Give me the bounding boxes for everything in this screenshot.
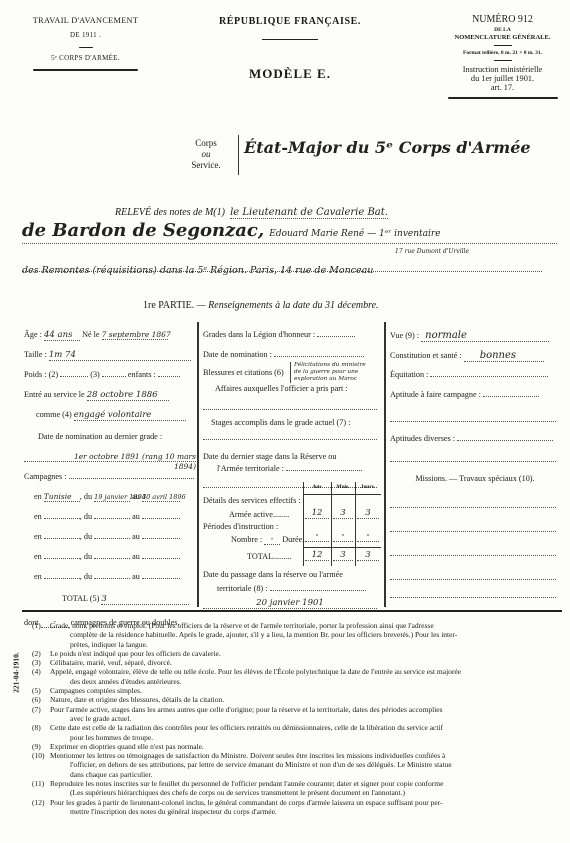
- missions-line[interactable]: [390, 532, 556, 556]
- blessures-row: Blessures et citations (6) Félicitations…: [203, 368, 381, 384]
- header-left: TRAVAIL D'AVANCEMENT DE 1911 . 5ᵉ CORPS …: [28, 16, 143, 71]
- footnote-text: Campagnes comptées simples.: [50, 686, 142, 695]
- equitation-row: Équitation :: [390, 370, 560, 390]
- aptitudes-diverses-field-2[interactable]: [390, 450, 556, 462]
- section-bottom-rule: [22, 610, 562, 612]
- campaign-row: en , du au: [34, 552, 196, 572]
- total-mois[interactable]: 3: [333, 550, 353, 561]
- footnote-text: dans chaque cas particulier.: [32, 770, 562, 779]
- aptitude-field-2[interactable]: [390, 410, 556, 422]
- campaign-du: , du: [80, 532, 92, 541]
- missions-line[interactable]: [390, 580, 556, 598]
- campaign-du: , du: [80, 572, 92, 581]
- campaign-to-field[interactable]: [142, 578, 180, 579]
- height-field[interactable]: 1m 74: [49, 350, 191, 361]
- periodes-jours[interactable]: ": [357, 534, 379, 542]
- campaign-au: au: [132, 512, 140, 521]
- passage-block: Date du passage dans la réserve ou l'arm…: [203, 570, 381, 609]
- footnote-text: prètes, indiquer la langue.: [32, 640, 562, 649]
- footnote-text: Pour l'armée active, stages dans les arm…: [50, 705, 443, 714]
- legion-label: Grades dans la Légion d'honneur :: [203, 330, 315, 339]
- footnote-text: des deux années d'études antérieures.: [32, 677, 562, 686]
- flourish-divider: [262, 39, 318, 40]
- releve-prefix: RELEVÉ des notes de M(1): [115, 207, 225, 218]
- flourish-divider: [33, 69, 138, 71]
- services-table: Ans Mois. Jours. Détails des services ef…: [203, 482, 381, 567]
- footnote-number: (3): [32, 658, 50, 667]
- numero: NUMÉRO 912: [445, 14, 560, 25]
- divider: [494, 45, 512, 46]
- right-column: Vue (9) : normale Constitution et santé …: [390, 330, 560, 598]
- footnotes: (1)Grade, nom, prénoms et emploi. (Pour …: [32, 621, 562, 816]
- campaign-from-field[interactable]: [94, 518, 130, 519]
- campaign-from-field[interactable]: [94, 538, 130, 539]
- print-code: 221-04-1910.: [12, 643, 21, 703]
- campagnes-field[interactable]: [69, 478, 194, 479]
- campaign-du: , du: [80, 492, 92, 501]
- header-center: RÉPUBLIQUE FRANÇAISE. MODÈLE E.: [200, 16, 380, 82]
- blessures-value-1: Félicitations du ministre: [294, 362, 382, 369]
- campaign-from-field[interactable]: 19 janvier 1894: [94, 493, 130, 502]
- footnote-number: (6): [32, 695, 50, 704]
- footnote-text: mettre l'inscription des notes du généra…: [32, 807, 562, 816]
- legion-field[interactable]: [317, 336, 355, 337]
- officer-first-names[interactable]: Edouard Marie René — 1ᵉʳ inventaire: [269, 229, 440, 239]
- travail-year: DE 1911 .: [28, 31, 143, 39]
- comme-row: comme (4) engagé volontaire: [24, 410, 196, 432]
- blessures-label: Blessures et citations (6): [203, 368, 284, 377]
- footnote-text: Mentionner les lettres ou témoignages de…: [50, 751, 445, 760]
- missions-line[interactable]: [390, 508, 556, 532]
- age-field[interactable]: 44 ans: [44, 330, 80, 341]
- footnote-4: (4)Appelé, engagé volontaire, élève de t…: [32, 667, 562, 686]
- armee-active-label: Armée active........: [229, 510, 289, 519]
- ne-label: Né le: [82, 330, 100, 339]
- footnote-number: (4): [32, 667, 50, 676]
- corps-label-1: Corps: [180, 138, 232, 149]
- total-campaigns-field[interactable]: 3: [101, 594, 189, 605]
- aptitude-field[interactable]: [483, 396, 539, 397]
- campaign-from-field[interactable]: [94, 578, 130, 579]
- releve-grade[interactable]: le Lieutenant de Cavalerie Bat.: [230, 207, 388, 219]
- footnote-text: Appelé, engagé volontaire, élève de tell…: [50, 667, 461, 676]
- blessures-value-3: exploration au Maroc: [294, 376, 382, 383]
- affaires-label: Affaires auxquelles l'officier a pris pa…: [203, 384, 381, 402]
- aptitude-label: Aptitude à faire campagne :: [390, 390, 481, 399]
- republic-title: RÉPUBLIQUE FRANÇAISE.: [200, 16, 380, 27]
- campaign-en: en: [34, 572, 42, 581]
- middle-column: Grades dans la Légion d'honneur : Date d…: [203, 330, 381, 488]
- total-label: TOTAL (5): [62, 594, 99, 603]
- dernier-stage-field[interactable]: [286, 470, 362, 471]
- corps-label-2: ou: [180, 149, 232, 160]
- duree-label: Durée.: [282, 535, 304, 544]
- armee-active-jours[interactable]: 3: [357, 508, 379, 519]
- mid-nomination-label: Date de nomination :: [203, 350, 272, 359]
- header-ans: Ans: [303, 484, 331, 490]
- dernier-stage-1: Date du dernier stage dans la Réserve ou: [203, 440, 381, 464]
- campaign-list: en Tunisie, du 19 janvier 1894 au 30 avr…: [24, 492, 196, 594]
- campaign-to-field[interactable]: [142, 518, 180, 519]
- campaign-place-field[interactable]: [44, 538, 80, 539]
- legion-date-field[interactable]: [274, 356, 364, 357]
- vue-row: Vue (9) : normale: [390, 330, 560, 350]
- vue-label: Vue (9) :: [390, 331, 419, 340]
- footnote-text: Nature, date et origine des blessures, d…: [50, 695, 224, 704]
- header-right: NUMÉRO 912 DE LA NOMENCLATURE GÉNÉRALE. …: [445, 14, 560, 99]
- passage-field[interactable]: [270, 590, 366, 591]
- campaign-to-field[interactable]: [142, 558, 180, 559]
- partie-title: 1re PARTIE.: [143, 300, 194, 311]
- footnote-text: pour les hommes de troupe.: [32, 733, 562, 742]
- instruction-2: du 1er juillet 1901.: [445, 74, 560, 83]
- releve-line-1: RELEVÉ des notes de M(1) le Lieutenant d…: [115, 200, 445, 219]
- left-column: Âge : 44 ans Né le 7 septembre 1867 Tail…: [24, 330, 196, 636]
- col-separator-2: [384, 322, 386, 607]
- armee-active-mois[interactable]: 3: [333, 508, 353, 519]
- age-label: Âge :: [24, 330, 42, 339]
- campaign-en: en: [34, 532, 42, 541]
- nombre-field[interactable]: ": [264, 538, 280, 545]
- travail-title: TRAVAIL D'AVANCEMENT: [28, 16, 143, 25]
- blessures-field[interactable]: Félicitations du ministre de la guerre p…: [290, 362, 382, 383]
- corps-value[interactable]: État-Major du 5ᵉ Corps d'Armée: [244, 138, 531, 157]
- weight-field[interactable]: [60, 376, 88, 377]
- footnote-text: Célibataire, marié, veuf, séparé, divorc…: [50, 658, 172, 667]
- dernier-stage-2: l'Armée territoriale :: [217, 464, 284, 473]
- entre-label: Entré au service le: [24, 390, 85, 399]
- nomination-row: 1er octobre 1891 (rang 10 mars: [24, 452, 196, 462]
- table-header-rule: [303, 494, 381, 495]
- footnote-12: (12)Pour les grades à partir de lieutena…: [32, 798, 562, 817]
- periodes-mois[interactable]: ": [333, 534, 353, 542]
- enfants-label: enfants :: [128, 370, 156, 379]
- constitution-label: Constitution et santé :: [390, 351, 462, 360]
- armee-active-ans[interactable]: 12: [305, 508, 329, 519]
- officer-assignment[interactable]: des Remontes (réquisitions) dans la 5ᵉ R…: [22, 265, 373, 276]
- taille-label: Taille :: [24, 350, 47, 359]
- campaign-row: en , du au: [34, 572, 196, 594]
- equitation-field[interactable]: [430, 376, 548, 377]
- services-label: Détails des services effectifs :: [203, 496, 301, 505]
- footnote-number: (12): [32, 798, 50, 807]
- passage-value[interactable]: 20 janvier 1901: [203, 598, 377, 609]
- footnote-text: l'officier, en dehors de ses attribution…: [32, 760, 562, 769]
- campaign-en: en: [34, 552, 42, 561]
- aptitudes-diverses-row: Aptitudes diverses :: [390, 422, 560, 450]
- footnote-2: (2)Le poids n'est indiqué que pour les o…: [32, 649, 562, 658]
- corps-label-3: Service.: [180, 160, 232, 171]
- campaign-au: au: [132, 572, 140, 581]
- affaires-field[interactable]: [203, 402, 377, 410]
- campaign-en: en: [34, 512, 42, 521]
- footnote-6: (6)Nature, date et origine des blessures…: [32, 695, 562, 704]
- flourish-divider: [448, 97, 558, 99]
- campaign-place-field[interactable]: [44, 518, 80, 519]
- missions-line[interactable]: [390, 490, 556, 508]
- campagnes-row: Campagnes :: [24, 472, 196, 492]
- campaign-place-field[interactable]: [44, 558, 80, 559]
- table-total-rule: [303, 547, 381, 548]
- passage-label-2: territoriale (8) :: [217, 584, 267, 593]
- footnote-9: (9)Exprimer en dioptries quand elle n'es…: [32, 742, 562, 751]
- campaign-row: en , du au: [34, 532, 196, 552]
- de-la: DE LA: [445, 27, 560, 33]
- aptitudes-diverses-field[interactable]: [457, 440, 553, 441]
- footnote-7: (7)Pour l'armée active, stages dans les …: [32, 705, 562, 724]
- constitution-row: Constitution et santé : bonnes: [390, 350, 560, 370]
- campaign-from-field[interactable]: [94, 558, 130, 559]
- status-note-label: (3): [90, 370, 100, 379]
- entry-date-field[interactable]: 28 octobre 1886: [87, 390, 169, 401]
- total-ans[interactable]: 12: [305, 550, 329, 561]
- vue-field[interactable]: normale: [421, 330, 549, 342]
- constitution-field[interactable]: bonnes: [464, 350, 544, 362]
- comme-label: comme (4): [36, 410, 72, 419]
- campaign-to-field[interactable]: [142, 538, 180, 539]
- stages-label: Stages accomplis dans le grade actuel (7…: [203, 410, 381, 434]
- footnote-number: (10): [32, 751, 50, 760]
- campagnes-label: Campagnes :: [24, 472, 67, 481]
- campaign-place-field[interactable]: Tunisie: [44, 492, 80, 502]
- footnote-number: (7): [32, 705, 50, 714]
- footnote-text: Exprimer en dioptries quand elle n'est p…: [50, 742, 204, 751]
- footnote-text: Grade, nom, prénoms et emploi. (Pour les…: [50, 621, 434, 630]
- format: Format tellière, 0 m. 21 × 0 m. 31.: [445, 50, 560, 56]
- corps-armee: 5ᵉ CORPS D'ARMÉE.: [28, 54, 143, 62]
- poids-row: Poids : (2) (3) enfants :: [24, 370, 196, 390]
- campaign-place-field[interactable]: [44, 578, 80, 579]
- total-row: TOTAL (5) 3: [24, 594, 196, 618]
- passage-row: territoriale (8) :: [203, 584, 381, 598]
- header-mois: Mois.: [331, 484, 355, 490]
- campaign-du: , du: [80, 512, 92, 521]
- footnote-1: (1)Grade, nom, prénoms et emploi. (Pour …: [32, 621, 562, 649]
- footnote-number: (11): [32, 779, 50, 788]
- footnote-8: (8)Cette date est celle de la radiation …: [32, 723, 562, 742]
- legion-row: Grades dans la Légion d'honneur :: [203, 330, 381, 350]
- entre-row: Entré au service le 28 octobre 1886: [24, 390, 196, 410]
- periodes-ans[interactable]: ": [305, 534, 329, 542]
- taille-row: Taille : 1m 74: [24, 350, 196, 370]
- passage-label-1: Date du passage dans la réserve ou l'arm…: [203, 570, 381, 584]
- footnote-10: (10)Mentionner les lettres ou témoignage…: [32, 751, 562, 779]
- campaign-to-field[interactable]: 30 avril 1896: [142, 493, 180, 502]
- entry-mode-field[interactable]: engagé volontaire: [74, 410, 186, 421]
- nomenclature: NOMENCLATURE GÉNÉRALE.: [445, 34, 560, 41]
- nomination-field-2: 1894): [24, 462, 196, 472]
- divider: [79, 47, 93, 48]
- total-jours[interactable]: 3: [357, 550, 379, 561]
- nombre-label: Nombre :: [231, 535, 262, 544]
- footnote-text: Reproduire les notes inscrites sur le fe…: [50, 779, 443, 788]
- campaign-row: en Tunisie, du 19 janvier 1894 au 30 avr…: [34, 492, 196, 512]
- partie-heading: 1re PARTIE. — Renseignements à la date d…: [143, 300, 379, 311]
- releve-line-2: de Bardon de Segonzac, Edouard Marie Ren…: [22, 220, 557, 244]
- aptitudes-diverses-label: Aptitudes diverses :: [390, 434, 455, 443]
- missions-line[interactable]: [390, 556, 556, 580]
- footnote-number: (1): [32, 621, 50, 630]
- corps-bracket: [238, 135, 239, 175]
- footnote-number: (5): [32, 686, 50, 695]
- nomination-label: Date de nomination au dernier grade :: [24, 432, 196, 452]
- campaign-row: en , du au: [34, 512, 196, 532]
- header-jours: Jours.: [355, 484, 381, 490]
- periodes-label: Périodes d'instruction :: [203, 522, 278, 531]
- footnote-11: (11)Reproduire les notes inscrites sur l…: [32, 779, 562, 798]
- footnote-number: (2): [32, 649, 50, 658]
- marital-status-field[interactable]: [102, 376, 126, 377]
- nomination-field[interactable]: 1er octobre 1891 (rang 10 mars: [74, 452, 196, 461]
- footnote-text: complète de la résidence habituelle. Apr…: [32, 630, 562, 639]
- footnote-text: Le poids n'est indiqué que pour les offi…: [50, 649, 221, 658]
- footnote-number: (8): [32, 723, 50, 732]
- footnote-text: Pour les grades à partir de lieutenant-c…: [50, 798, 443, 807]
- age-row: Âge : 44 ans Né le 7 septembre 1867: [24, 330, 196, 350]
- children-field[interactable]: [158, 376, 180, 377]
- footnote-text: Cette date est celle de la radiation des…: [50, 723, 443, 732]
- footnote-text: (Les supérieurs hiérarchiques des chefs …: [32, 788, 562, 797]
- missions-label: Missions. — Travaux spéciaux (10).: [390, 462, 560, 490]
- footnote-number: (9): [32, 742, 50, 751]
- aptitude-row: Aptitude à faire campagne :: [390, 390, 560, 410]
- address-note: 17 rue Dumont d'Urville: [395, 248, 469, 255]
- footnote-text: avec le grade actuel.: [32, 714, 562, 723]
- campaign-en: en: [34, 492, 42, 501]
- partie-subtitle: — Renseignements à la date du 31 décembr…: [197, 300, 379, 311]
- poids-label: Poids : (2): [24, 370, 58, 379]
- dernier-stage-row: l'Armée territoriale :: [203, 464, 381, 480]
- equitation-label: Équitation :: [390, 370, 428, 379]
- total-services-label: TOTAL.........: [247, 552, 291, 561]
- campaign-au: au: [132, 492, 140, 501]
- releve-line-3: des Remontes (réquisitions) dans la 5ᵉ R…: [22, 258, 542, 272]
- col-separator-1: [197, 322, 199, 607]
- nombre-row: Nombre : " Durée.: [231, 535, 304, 545]
- campaign-au: au: [132, 552, 140, 561]
- birth-date-field[interactable]: 7 septembre 1867: [102, 330, 168, 340]
- officer-name[interactable]: de Bardon de Segonzac,: [22, 220, 264, 241]
- instruction-3: art. 17.: [445, 83, 560, 92]
- divider: [494, 60, 512, 61]
- corps-label: Corps ou Service.: [180, 138, 232, 171]
- campaign-au: au: [132, 532, 140, 541]
- model-title: MODÈLE E.: [200, 66, 380, 82]
- campaign-du: , du: [80, 552, 92, 561]
- instruction-1: Instruction ministérielle: [445, 65, 560, 74]
- footnote-5: (5)Campagnes comptées simples.: [32, 686, 562, 695]
- blessures-value-2: de la guerre pour une: [294, 369, 382, 376]
